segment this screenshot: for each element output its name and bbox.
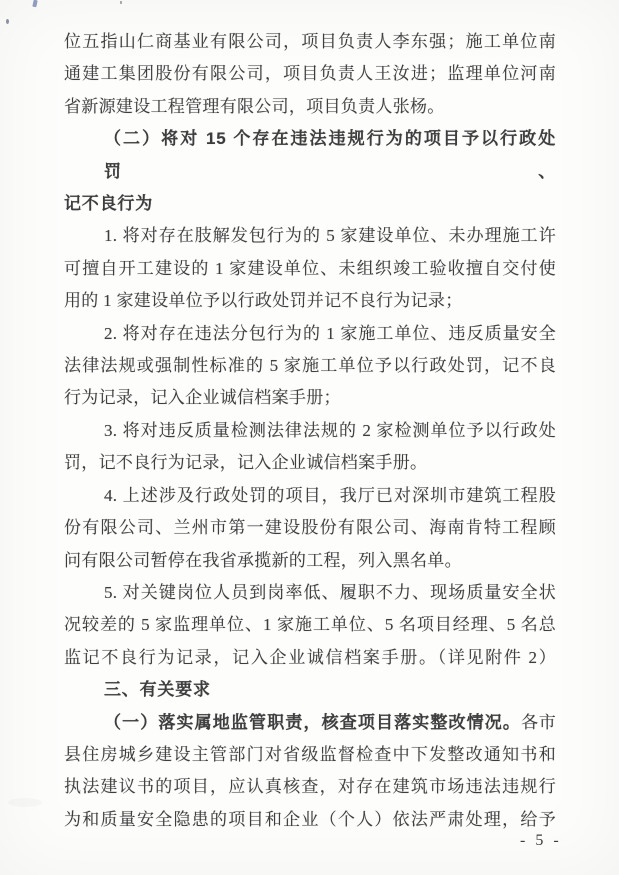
text-line: 三、有关要求 [64,674,556,706]
ink-dot-artifact [6,19,9,24]
text-line: 为和质量安全隐患的项目和企业（个人）依法严肃处理，给予 [64,804,556,836]
body-text-segment: 可擅自开工建设的 1 家建设单位、未组织竣工验收擅自交付使 [64,259,556,278]
text-line: 况较差的 5 家监理单位、1 家施工单位、5 名项目经理、5 名总 [64,609,556,641]
body-text-segment: 况较差的 5 家监理单位、1 家施工单位、5 名项目经理、5 名总 [64,615,556,634]
text-line: 4. 上述涉及行政处罚的项目，我厅已对深圳市建筑工程股 [64,480,556,512]
text-line: 2. 将对存在违法分包行为的 1 家施工单位、违反质量安全 [64,318,556,350]
body-text-segment: 份有限公司、兰州市第一建设股份有限公司、海南肯特工程顾 [64,518,556,537]
heading-text-segment: （一）落实属地监管职责，核查项目落实整改情况。 [104,713,521,732]
body-text-segment: 问有限公司暂停在我省承揽新的工程，列入黑名单。 [64,551,462,570]
body-text-segment: 3. 将对违反质量检测法律法规的 2 家检测单位予以行政处 [104,421,556,440]
text-line: （一）落实属地监管职责，核查项目落实整改情况。各市 [64,707,556,739]
text-line: 位五指山仁商基业有限公司，项目负责人李东强；施工单位南 [64,26,556,58]
text-line: 罚，记不良行为记录，记入企业诚信档案手册。 [64,447,556,479]
text-line: 问有限公司暂停在我省承揽新的工程，列入黑名单。 [64,545,556,577]
text-line: 法律法规或强制性标准的 5 家施工单位予以行政处罚，记不良 [64,350,556,382]
text-line: 通建工集团股份有限公司，项目负责人王汝进；监理单位河南 [64,58,556,90]
body-text-segment: 县住房城乡建设主管部门对省级监督检查中下发整改通知书和 [64,745,556,764]
heading-text-segment: （二）将对 15 个存在违法违规行为的项目予以行政处罚、 [104,129,556,180]
text-line: 县住房城乡建设主管部门对省级监督检查中下发整改通知书和 [64,739,556,771]
body-text-segment: 2. 将对存在违法分包行为的 1 家施工单位、违反质量安全 [104,324,556,343]
body-text-segment: 行为记录，记入企业诚信档案手册； [64,388,341,407]
text-line: （二）将对 15 个存在违法违规行为的项目予以行政处罚、 [64,123,556,188]
body-text-segment: 1. 将对存在肢解发包行为的 5 家建设单位、未办理施工许 [104,226,556,245]
heading-text-segment: 记不良行为 [64,194,153,213]
body-text-segment: 用的 1 家建设单位予以行政处罚并记不良行为记录； [64,291,463,310]
body-text-segment: 各市 [521,713,556,732]
body-text-segment: 省新源建设工程管理有限公司，项目负责人张杨。 [64,97,445,116]
text-line: 份有限公司、兰州市第一建设股份有限公司、海南肯特工程顾 [64,512,556,544]
body-text-segment: 位五指山仁商基业有限公司，项目负责人李东强；施工单位南 [64,32,556,51]
page-number: - 5 - [520,832,562,850]
text-line: 用的 1 家建设单位予以行政处罚并记不良行为记录； [64,285,556,317]
text-line: 5. 对关键岗位人员到岗率低、履职不力、现场质量安全状 [64,577,556,609]
heading-text-segment: 三、有关要求 [104,680,211,699]
text-line: 可擅自开工建设的 1 家建设单位、未组织竣工验收擅自交付使 [64,253,556,285]
scanned-page: 位五指山仁商基业有限公司，项目负责人李东强；施工单位南通建工集团股份有限公司，项… [0,0,619,875]
pen-mark-artifact [32,0,37,7]
text-line: 1. 将对存在肢解发包行为的 5 家建设单位、未办理施工许 [64,220,556,252]
document-body: 位五指山仁商基业有限公司，项目负责人李东强；施工单位南通建工集团股份有限公司，项… [64,26,556,836]
scan-smudge-artifact [8,798,42,807]
text-line: 省新源建设工程管理有限公司，项目负责人张杨。 [64,91,556,123]
text-line: 执法建议书的项目，应认真核查，对存在建筑市场违法违规行 [64,771,556,803]
text-line: 记不良行为 [64,188,556,220]
body-text-segment: 执法建议书的项目，应认真核查，对存在建筑市场违法违规行 [64,777,556,796]
body-text-segment: 监记不良行为记录，记入企业诚信档案手册。（详见附件 2） [64,648,556,667]
text-line: 行为记录，记入企业诚信档案手册； [64,382,556,414]
scan-speck-artifact [120,1,122,4]
body-text-segment: 为和质量安全隐患的项目和企业（个人）依法严肃处理，给予 [64,810,556,829]
body-text-segment: 通建工集团股份有限公司，项目负责人王汝进；监理单位河南 [64,64,556,83]
text-line: 3. 将对违反质量检测法律法规的 2 家检测单位予以行政处 [64,415,556,447]
body-text-segment: 4. 上述涉及行政处罚的项目，我厅已对深圳市建筑工程股 [104,486,556,505]
text-line: 监记不良行为记录，记入企业诚信档案手册。（详见附件 2） [64,642,556,674]
body-text-segment: 5. 对关键岗位人员到岗率低、履职不力、现场质量安全状 [104,583,556,602]
body-text-segment: 罚，记不良行为记录，记入企业诚信档案手册。 [64,453,427,472]
body-text-segment: 法律法规或强制性标准的 5 家施工单位予以行政处罚，记不良 [64,356,556,375]
